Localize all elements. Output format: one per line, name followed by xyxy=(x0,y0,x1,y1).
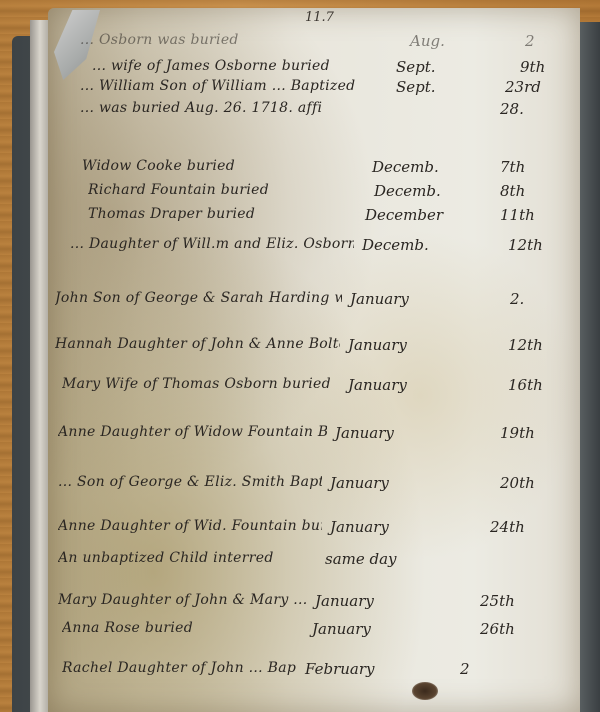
entry-month: Decemb. xyxy=(362,236,429,254)
ink-stain xyxy=(412,682,438,700)
entry-day: 12th xyxy=(508,236,543,254)
page-stack-edge xyxy=(30,20,50,712)
entry-name: ... was buried Aug. 26. 1718. affid. mad… xyxy=(80,100,322,116)
entry-day: 25th xyxy=(480,592,515,610)
entry-name: John Son of George & Sarah Harding was B… xyxy=(55,290,342,306)
entry-name: ... William Son of William ... Baptized xyxy=(80,78,355,94)
entry-month: January xyxy=(312,620,371,638)
entry-day: 7th xyxy=(500,158,525,176)
entry-month: Aug. xyxy=(410,32,445,50)
entry-name: Widow Cooke buried xyxy=(82,158,235,174)
entry-day: 12th xyxy=(508,336,543,354)
entry-day: 26th xyxy=(480,620,515,638)
entry-month: January xyxy=(330,474,389,492)
entry-name: Anne Daughter of Wid. Fountain bur. xyxy=(58,518,322,534)
entry-name: Hannah Daughter of John & Anne Bolton Ba… xyxy=(55,336,340,352)
entry-day: 16th xyxy=(508,376,543,394)
entry-name: Rachel Daughter of John ... Baptized xyxy=(62,660,297,676)
entry-name: Anna Rose buried xyxy=(62,620,193,636)
entry-month: Sept. xyxy=(396,58,436,76)
entry-month: January xyxy=(348,336,407,354)
entry-name: An unbaptized Child interred xyxy=(58,550,274,566)
entry-name: Mary Wife of Thomas Osborn buried xyxy=(62,376,331,392)
entry-month: February xyxy=(305,660,375,678)
entry-name: ... Son of George & Eliz. Smith Baptized xyxy=(58,474,322,490)
entry-day: 11th xyxy=(500,206,535,224)
entry-name: ... Osborn was buried xyxy=(80,32,239,48)
folio-number: 11.7 xyxy=(305,10,334,25)
entry-month: Decemb. xyxy=(372,158,439,176)
entry-month: Decemb. xyxy=(374,182,441,200)
entry-month: January xyxy=(335,424,394,442)
entry-day: 28. xyxy=(500,100,524,118)
entry-day: 20th xyxy=(500,474,535,492)
entry-day: 19th xyxy=(500,424,535,442)
entry-day: 24th xyxy=(490,518,525,536)
entry-name: Thomas Draper buried xyxy=(88,206,255,222)
entry-month: January xyxy=(348,376,407,394)
entry-day: 2 xyxy=(460,660,470,678)
entry-month: December xyxy=(365,206,443,224)
entry-name: ... Daughter of Will.m and Eliz. Osborn … xyxy=(70,236,354,252)
entry-month: same day xyxy=(325,550,397,568)
book-cover-edge xyxy=(578,22,600,712)
entry-day: 9th xyxy=(520,58,545,76)
entry-day: 2 xyxy=(525,32,535,50)
entry-name: Richard Fountain buried xyxy=(88,182,269,198)
entry-day: 23rd xyxy=(505,78,541,96)
entry-month: Sept. xyxy=(396,78,436,96)
entry-name: Mary Daughter of John & Mary ... Baptize… xyxy=(58,592,307,608)
entry-month: January xyxy=(315,592,374,610)
entry-month: January xyxy=(330,518,389,536)
entry-name: ... wife of James Osborne buried xyxy=(92,58,330,74)
entry-day: 2. xyxy=(510,290,524,308)
entry-day: 8th xyxy=(500,182,525,200)
entry-name: Anne Daughter of Widow Fountain Baptized xyxy=(58,424,327,440)
entry-month: January xyxy=(350,290,409,308)
